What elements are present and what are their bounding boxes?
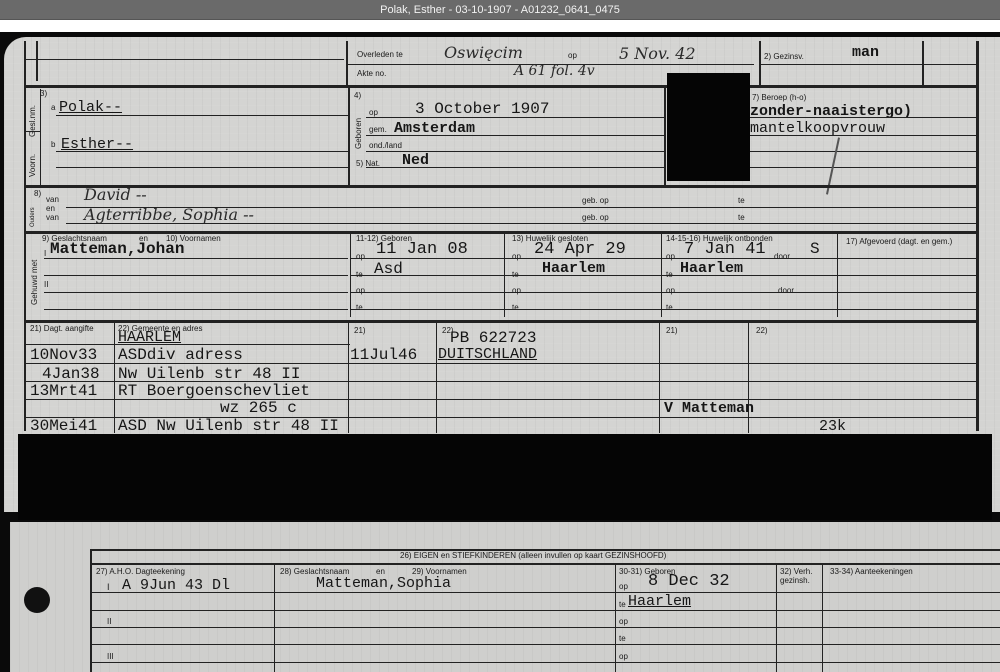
child-birth-place: Haarlem	[628, 593, 691, 610]
divider	[615, 565, 616, 672]
given-marker: b	[51, 140, 55, 149]
divider	[40, 89, 41, 185]
divider	[350, 275, 976, 276]
dissolved-by: S	[810, 240, 820, 258]
married-date: 24 Apr 29	[534, 240, 626, 259]
household-value: man	[852, 44, 879, 61]
divider	[24, 41, 26, 431]
address-row-address: ASDdiv adress	[118, 346, 243, 364]
child-born-te-label: te	[619, 600, 626, 609]
divider	[366, 167, 664, 168]
spouse-name: Matteman,Johan	[50, 240, 184, 258]
address-date-label: 21) Dagt. aangifte	[30, 324, 94, 333]
child-op3-label: op	[619, 652, 628, 661]
divider	[759, 41, 761, 85]
divider	[44, 309, 348, 310]
divider	[761, 64, 976, 65]
spouse-born-op2-label: op	[356, 286, 365, 295]
divider	[366, 135, 664, 136]
address3-note: V Matteman	[664, 400, 754, 417]
divider	[274, 565, 275, 672]
birth-date: 3 October 1907	[415, 100, 549, 118]
address-row-date: 13Mrt41	[30, 382, 97, 400]
address-row-date: 10Nov33	[30, 346, 97, 364]
divider	[776, 565, 777, 672]
address2-date-label: 21)	[354, 326, 366, 335]
address3-label: 22)	[756, 326, 768, 335]
divider	[664, 88, 666, 185]
address-row-address: wz 265 c	[220, 399, 297, 417]
divider	[24, 399, 976, 400]
surname: Polak--	[59, 99, 122, 116]
surname-marker: a	[51, 103, 55, 112]
divider	[44, 258, 348, 259]
death-date: 5 Nov. 42	[619, 44, 696, 63]
divider	[348, 323, 349, 433]
married-vertical-label: Gehuwd met	[30, 260, 39, 305]
akte-number: A 61 fol. 4v	[514, 63, 595, 79]
divider	[366, 117, 664, 118]
divider	[24, 185, 976, 188]
spouse-born-te2-label: te	[356, 303, 363, 312]
divider	[922, 41, 924, 85]
window-title: Polak, Esther - 03-10-1907 - A01232_0641…	[380, 4, 620, 16]
married-te2-label: te	[512, 303, 519, 312]
spouse-row1-marker: I	[44, 249, 46, 258]
child-birth-date: 8 Dec 32	[648, 572, 730, 591]
death-place: Oswięcim	[444, 43, 523, 62]
divider	[750, 135, 976, 136]
divider	[346, 41, 348, 85]
mother-at-label: te	[738, 213, 745, 222]
divider	[750, 167, 976, 168]
parents-vertical-label: Ouders	[30, 207, 36, 227]
father-at-label: te	[738, 196, 745, 205]
window-title-bar: Polak, Esther - 03-10-1907 - A01232_0641…	[0, 0, 1000, 20]
dissolved-te2-label: te	[666, 303, 673, 312]
birth-country-label: ond./land	[369, 141, 402, 150]
parents-en-label: en	[46, 204, 55, 213]
divider	[44, 292, 348, 293]
surname-vertical-label: Gesl.nm.	[28, 105, 37, 137]
divider	[92, 627, 1000, 628]
dissolved-op-label: op	[666, 252, 675, 261]
address2-reference: PB 622723	[450, 329, 536, 347]
address2-date: 11Jul46	[350, 346, 417, 364]
verh-label: 32) Verh. gezinsh.	[780, 567, 820, 585]
divider	[92, 592, 1000, 593]
dissolved-door2-label: door	[778, 286, 794, 295]
divider	[66, 207, 976, 208]
address-row-address: RT Boergoenschevliet	[118, 382, 310, 400]
child-marker: I	[107, 582, 110, 592]
spouse-row2-marker: II	[44, 280, 48, 289]
birth-section-number: 4)	[354, 91, 361, 100]
father-name: David --	[84, 185, 147, 204]
death-place-label: Overleden te	[357, 50, 403, 59]
married-op-label: op	[512, 252, 521, 261]
child-op2-label: op	[619, 617, 628, 626]
divider	[90, 563, 1000, 565]
divider	[92, 662, 1000, 663]
divider	[24, 59, 344, 60]
address3-number: 23k	[819, 418, 846, 435]
household-label: 2) Gezinsv.	[764, 52, 804, 61]
divider	[24, 363, 976, 364]
address2-country: DUITSCHLAND	[438, 346, 537, 363]
divider	[24, 320, 976, 323]
notes-label: 33-34) Aanteekeningen	[830, 567, 913, 576]
removed-label: 17) Afgevoerd (dagt. en gem.)	[846, 237, 952, 246]
parents-van1-label: van	[46, 195, 59, 204]
dissolved-op2-label: op	[666, 286, 675, 295]
parents-section-number: 8)	[34, 189, 41, 198]
address3-date-label: 21)	[666, 326, 678, 335]
child-born-op-label: op	[619, 582, 628, 591]
address-row-date: 30Mei41	[30, 417, 97, 435]
spouse-born-op-label: op	[356, 252, 365, 261]
child-te2-label: te	[619, 634, 626, 643]
child-marker: II	[107, 617, 111, 626]
name-section-number: 3)	[40, 89, 47, 98]
death-on-label: op	[568, 51, 577, 60]
divider	[36, 41, 38, 81]
dissolved-door-label: door	[774, 252, 790, 261]
occupation-label: 7) Beroep (h-o)	[752, 93, 806, 102]
divider	[56, 115, 348, 116]
divider	[66, 223, 976, 224]
father-born-label: geb. op	[582, 196, 609, 205]
redacted-band	[18, 434, 992, 520]
divider	[24, 344, 350, 345]
divider	[26, 131, 40, 132]
given-vertical-label: Voorn.	[28, 154, 37, 177]
divider	[659, 323, 660, 433]
spouse-birth-date: 11 Jan 08	[376, 240, 468, 259]
akte-label: Akte no.	[357, 69, 386, 78]
divider	[822, 565, 823, 672]
divider	[976, 41, 979, 431]
divider	[348, 88, 350, 185]
divider	[92, 644, 1000, 645]
birth-on-label: op	[369, 108, 378, 117]
punch-hole	[24, 587, 50, 613]
birth-municipality-label: gem.	[369, 125, 387, 134]
children-header: 26) EIGEN en STIEFKINDEREN (alleen invul…	[400, 551, 666, 560]
married-op2-label: op	[512, 286, 521, 295]
divider	[24, 85, 976, 88]
divider	[350, 309, 976, 310]
divider	[750, 117, 976, 118]
redacted-block	[667, 73, 750, 181]
mother-born-label: geb. op	[582, 213, 609, 222]
divider	[350, 258, 976, 259]
children-card: 26) EIGEN en STIEFKINDEREN (alleen invul…	[10, 522, 1000, 672]
aho-label: 27) A.H.O. Dagteekening	[96, 567, 185, 576]
child-name: Matteman,Sophia	[316, 575, 451, 592]
divider	[92, 610, 1000, 611]
parents-van2-label: van	[46, 213, 59, 222]
divider	[56, 151, 348, 152]
divider	[56, 167, 348, 168]
divider	[44, 275, 348, 276]
dissolved-date: 7 Jan 41	[684, 240, 766, 259]
divider	[350, 292, 976, 293]
address-row-address: ASD Nw Uilenb str 48 II	[118, 417, 339, 435]
divider	[436, 323, 437, 433]
divider	[750, 151, 976, 152]
child-marker: III	[107, 652, 114, 661]
birth-vertical-label: Geboren	[354, 118, 363, 149]
